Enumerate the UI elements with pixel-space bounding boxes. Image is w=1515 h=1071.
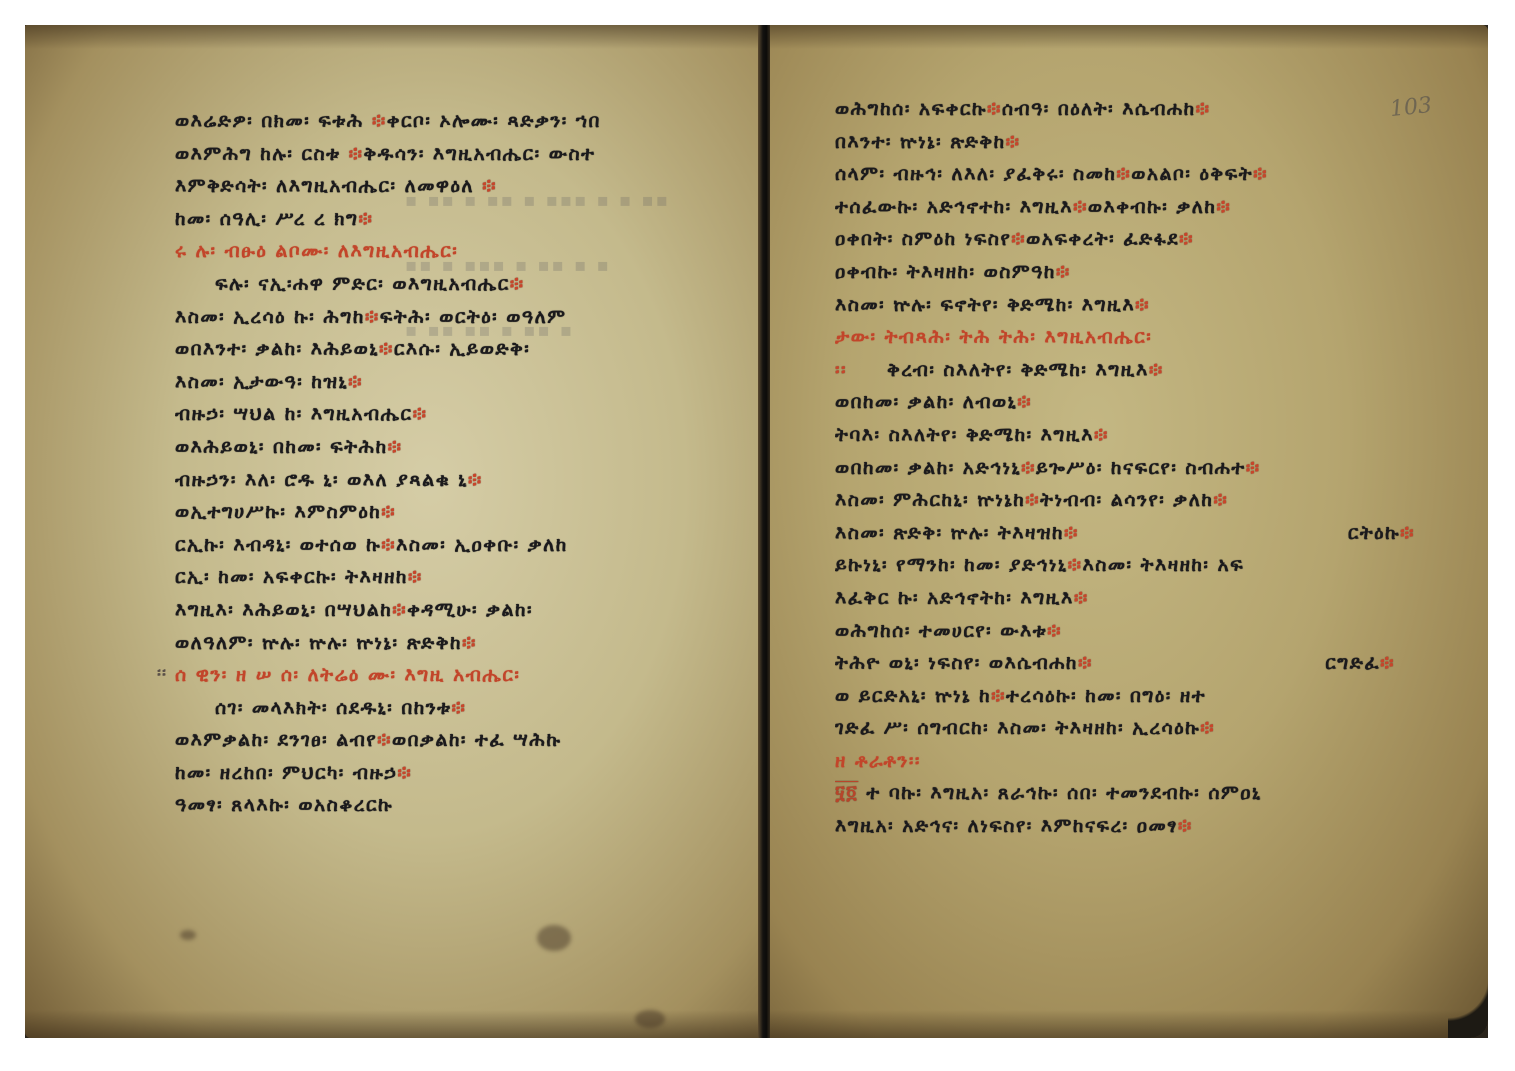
text-line: እስመ፡ ኵሉ፡ ፍኖትየ፡ ቅድሜከ፡ እግዚእ፨ bbox=[835, 289, 1435, 322]
text-line: እስመ፡ ምሕርከኒ፡ ኵነኔከ፨ትነብብ፡ ልሳንየ፡ ቃለከ፨ bbox=[835, 484, 1435, 517]
rubric-line: ዘ ቶራቶን፡፡ bbox=[835, 745, 1435, 778]
text-line: ተሰፈውኩ፡ አድኅኖተከ፡ እግዚእ፨ወእቀብኩ፡ ቃለከ፨ bbox=[835, 191, 1435, 224]
text-line: ዐቀብኩ፡ ትእዛዘከ፡ ወስምዓከ፨ bbox=[835, 256, 1435, 289]
rubric-line: ሰ ዊን፡ ዘ ሠ ሰ፡ ለትሬዕ ሙ፡ እግዚ አብሔር፡ bbox=[175, 659, 745, 692]
text-line: ትሕዮ ወኒ፡ ነፍስየ፡ ወእሴብሐከ፨ርግድፈ፨ bbox=[835, 647, 1435, 680]
text-line: ሰላም፡ ብዙኅ፡ ለእለ፡ ያፈቅሩ፡ ስመከ፨ወአልቦ፡ ዕቅፍት፨ bbox=[835, 158, 1435, 191]
text-line: ገድፈ ሥ፡ ሰግብርከ፡ እስመ፡ ትእዛዘከ፡ ኢረሳዕኩ፨ bbox=[835, 712, 1435, 745]
text-line: እስመ፡ ጽድቅ፡ ኵሉ፡ ትእዛዝከ፨ርትዕኩ፨ bbox=[835, 517, 1435, 550]
right-page: 103 ወሕግከሰ፡ አፍቀርኩ፨ሰብዓ፡ በዕለት፡ እሴብሐከ፨ በእንተ፡… bbox=[770, 25, 1488, 1038]
text-line: ይኩነኒ፡ የማንከ፡ ከመ፡ ያድኅነኒ፨እስመ፡ ትእዛዘከ፡ አፍ bbox=[835, 549, 1435, 582]
text-line: ወበእንተ፡ ቃልከ፡ እሕይወኒ፨ርእሱ፡ ኢይወድቅ፡ bbox=[175, 333, 745, 366]
text-line: ፶፬ ተ ባኩ፡ እግዚአ፡ ጸራኅኩ፡ ሰበ፡ ተመንደብኩ፡ ሰምዐኒ bbox=[835, 777, 1435, 810]
text-line: ዐቀበት፡ ስምዕከ ነፍስየ፨ወአፍቀረት፡ ፈድፋደ፨ bbox=[835, 223, 1435, 256]
text-line: ወበከመ፡ ቃልከ፡ አድኅነኒ፨ይጐሥዕ፡ ከናፍርየ፡ ስብሐተ፨ bbox=[835, 452, 1435, 485]
page-edge-shadow bbox=[770, 25, 1488, 49]
text-line: ወሕግከሰ፡ ተመሀርየ፡ ውእቱ፨ bbox=[835, 615, 1435, 648]
text-line: ወእሬድዎ፡ በክመ፡ ፍቱሕ ፨ቀርቦ፡ ኦሎሙ፡ ጻድቃን፡ ኀበ bbox=[175, 105, 745, 138]
verse-numeral: ፶፬ bbox=[835, 782, 858, 804]
text-line: እግዚአ፡ አድኅና፡ ለነፍስየ፡ እምከናፍረ፡ ዐመፃ፨ bbox=[835, 810, 1435, 843]
left-text-column: ወእሬድዎ፡ በክመ፡ ፍቱሕ ፨ቀርቦ፡ ኦሎሙ፡ ጻድቃን፡ ኀበ ወእምሕ… bbox=[175, 105, 745, 822]
text-line: ወሕግከሰ፡ አፍቀርኩ፨ሰብዓ፡ በዕለት፡ እሴብሐከ፨ bbox=[835, 93, 1435, 126]
text-line: ከመ፡ ሰዓሊ፡ ሥረ ረ ክግ፨ bbox=[175, 203, 745, 236]
text-line: ወለዓለም፡ ኵሉ፡ ኵሉ፡ ኵነኔ፡ ጽድቅከ፨ bbox=[175, 627, 745, 660]
text-line: ፍሉ፡ ናኢ፡ሐዋ ምድር፡ ወእግዚአብሔር፨ bbox=[175, 268, 745, 301]
text-line: ርኢኩ፡ እብዳኒ፡ ወተሰወ ኩ፨እስመ፡ ኢዐቀቡ፡ ቃለከ bbox=[175, 529, 745, 562]
text-line: ወእሕይወኒ፡ በከመ፡ ፍትሕከ፨ bbox=[175, 431, 745, 464]
text-line: እስመ፡ ኢታውዓ፡ ከዝኒ፨ bbox=[175, 366, 745, 399]
text-line: በእንተ፡ ኵነኔ፡ ጽድቅከ፨ bbox=[835, 126, 1435, 159]
marginal-note: ርግድፈ፨ bbox=[1325, 647, 1395, 680]
manuscript-spread: ▪ ▪▪ ▪ ▪▪ ▪ ▪▪▪ ▪ ▪ ▪▪ ▪▪ ▪ ▪▪▪ ▪ ▪▪ ▪ ▪… bbox=[25, 25, 1488, 1038]
text-line: ብዙኃን፡ እለ፡ ሮዱ ኒ፡ ወእለ ያጻልቁ ኒ፨ bbox=[175, 464, 745, 497]
text-line: ወእምሕግ ከሉ፡ ርስቱ ፨ቅዱሳን፡ እግዚአብሔር፡ ውስተ bbox=[175, 138, 745, 171]
text-line: ርኢ፡ ከመ፡ አፍቀርኩ፡ ትእዛዘከ፨ bbox=[175, 561, 745, 594]
text-line: ከመ፡ ዘረከበ፡ ምህርካ፡ ብዙኃ፨ bbox=[175, 757, 745, 790]
margin-mark: ፡፡ bbox=[157, 663, 167, 683]
text-line: ወ ይርድአኒ፡ ኵነኔ ከ፨ተረሳዕኩ፡ ከመ፡ በግዕ፡ ዘተ bbox=[835, 680, 1435, 713]
text-line: ትባእ፡ ስእለትየ፡ ቅድሜከ፡ እግዚእ፨ bbox=[835, 419, 1435, 452]
text-line: ፡፡ቅረብ፡ ስእለትየ፡ ቅድሜከ፡ እግዚእ፨ bbox=[835, 354, 1435, 387]
text-line: ወእምቃልከ፡ ደንገፀ፡ ልብየ፨ወበቃልከ፡ ተፈ ሣሕኩ bbox=[175, 724, 745, 757]
text-line: እምቅድሳት፡ ለእግዚአብሔር፡ ለመዋዕለ ፨ bbox=[175, 170, 745, 203]
text-line: ብዙኃ፡ ሣህል ከ፡ እግዚአብሔር፨ bbox=[175, 398, 745, 431]
right-text-column: ወሕግከሰ፡ አፍቀርኩ፨ሰብዓ፡ በዕለት፡ እሴብሐከ፨ በእንተ፡ ኵነኔ… bbox=[835, 93, 1435, 843]
text-line: ዓመፃ፡ ጸላእኩ፡ ወአስቆረርኩ bbox=[175, 789, 745, 822]
stain bbox=[635, 1010, 665, 1028]
text-line: እፈቅር ኩ፡ አድኅኖትከ፡ እግዚእ፨ bbox=[835, 582, 1435, 615]
text-line: ሰገ፡ መላእክት፡ ሰደዱኒ፡ በከንቱ፨ bbox=[175, 692, 745, 725]
left-page: ▪ ▪▪ ▪ ▪▪ ▪ ▪▪▪ ▪ ▪ ▪▪ ▪▪ ▪ ▪▪▪ ▪ ▪▪ ▪ ▪… bbox=[25, 25, 760, 1038]
marginal-note: ርትዕኩ፨ bbox=[1348, 517, 1415, 550]
text-line: ወበከመ፡ ቃልከ፡ ለብወኒ፨ bbox=[835, 386, 1435, 419]
text-line: እስመ፡ ኢረሳዕ ኩ፡ ሕግከ፨ፍትሕ፡ ወርትዕ፡ ወዓለም bbox=[175, 301, 745, 334]
page-edge-shadow bbox=[770, 1010, 1488, 1038]
text-line: ወኢተግሀሥኩ፡ እምስምዕከ፨ bbox=[175, 496, 745, 529]
stain bbox=[180, 930, 196, 940]
text-line: እግዚእ፡ እሕይወኒ፡ በሣህልከ፨ቀዳሚሁ፡ ቃልከ፡ bbox=[175, 594, 745, 627]
rubric-line: ታው፡ ትብጻሕ፡ ትሕ ትሕ፡ እግዚአብሔር፡ bbox=[835, 321, 1435, 354]
page-edge-shadow bbox=[25, 25, 760, 49]
rubric-line: ሩ ሉ፡ ብፁዕ ልቦሙ፡ ለእግዚአብሔር፡ bbox=[175, 235, 745, 268]
stain bbox=[537, 925, 571, 951]
